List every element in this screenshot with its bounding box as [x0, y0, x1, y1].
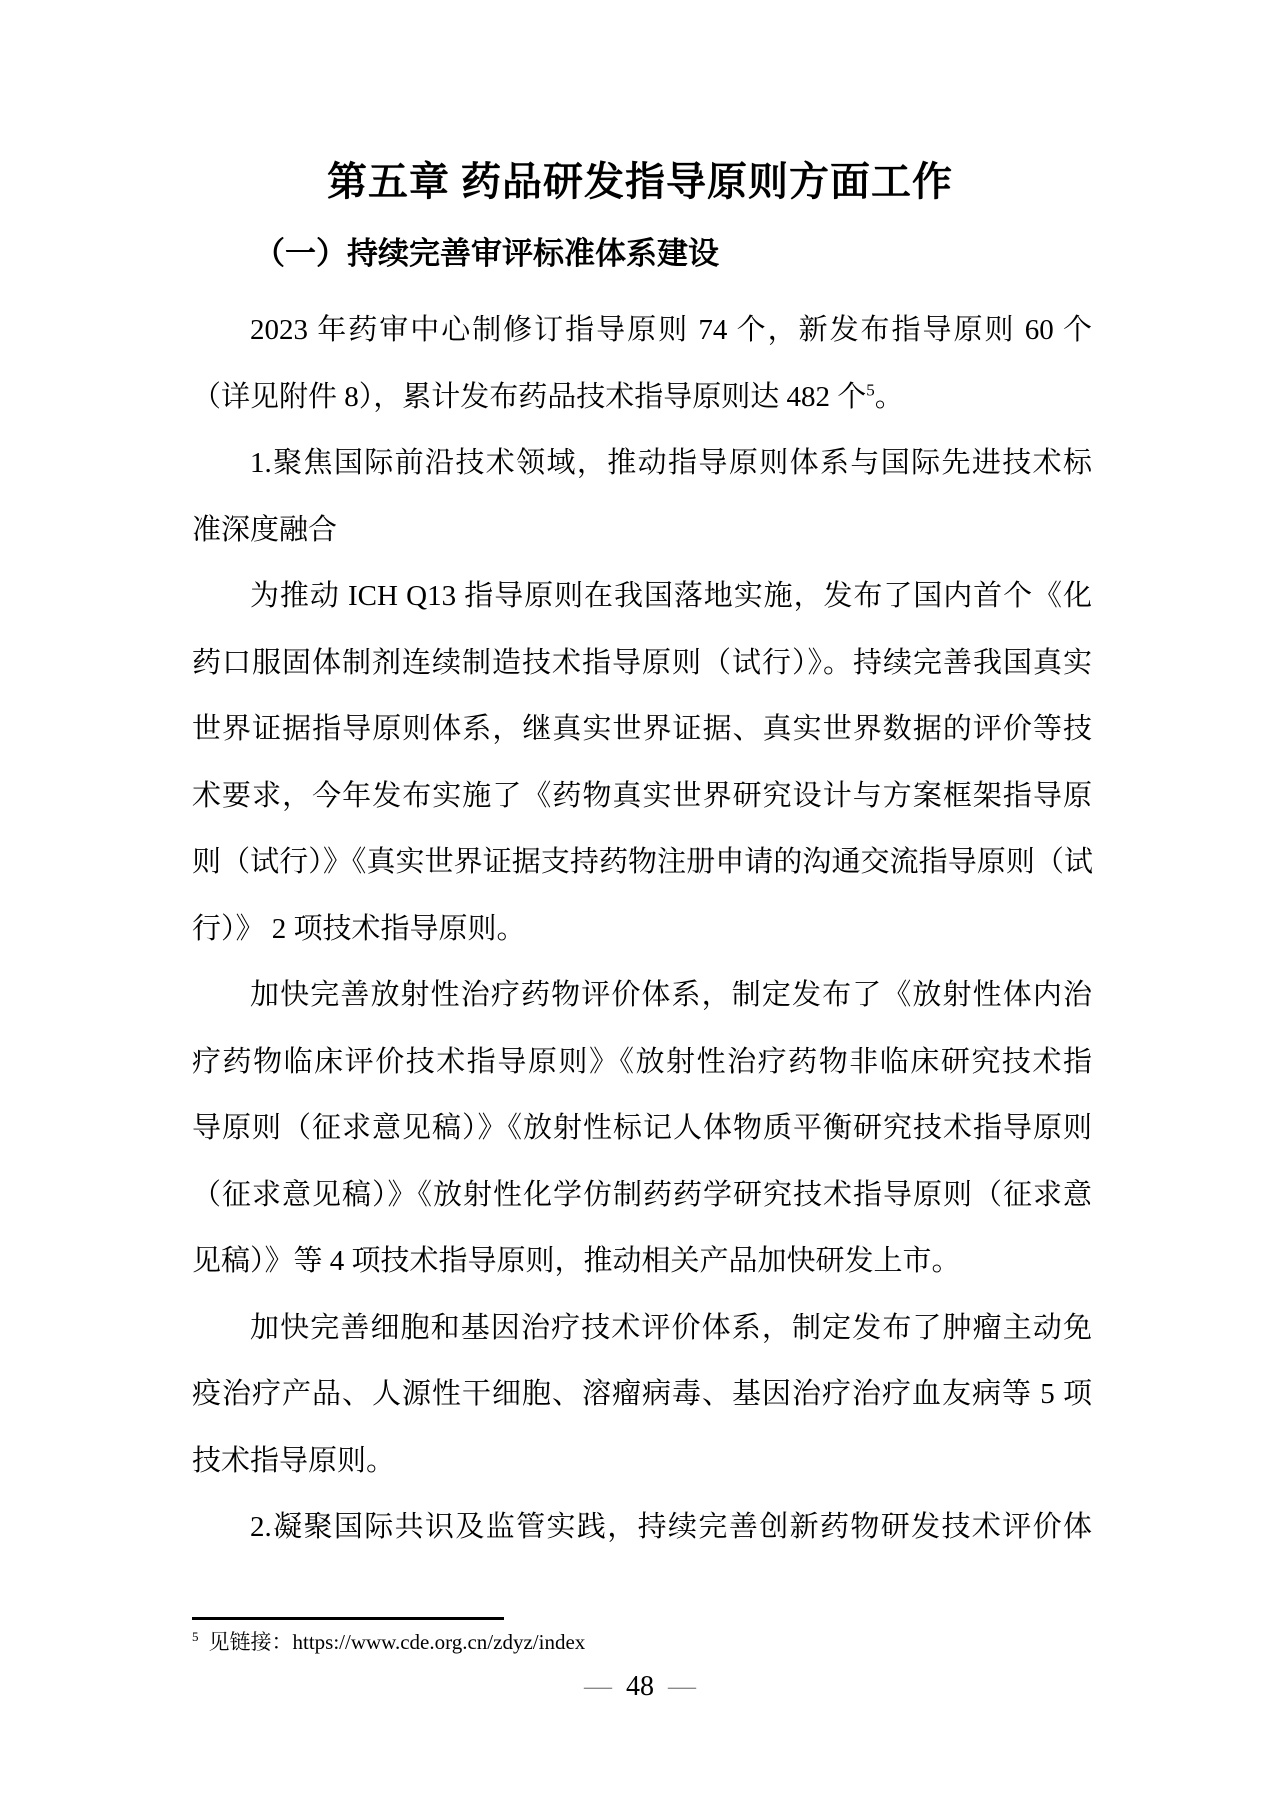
body-line: 加快完善细胞和基因治疗技术评价体系，制定发布了肿瘤主动免: [192, 1295, 1092, 1362]
body-line: 加快完善放射性治疗药物评价体系，制定发布了《放射性体内治: [192, 962, 1092, 1029]
body-line: 准深度融合: [192, 497, 1092, 564]
page-title: 第五章 药品研发指导原则方面工作: [0, 156, 1280, 208]
footnote-ref-superscript: 5: [866, 380, 875, 399]
section-heading: （一）持续完善审评标准体系建设: [192, 232, 1092, 276]
footnote-label: 见链接：: [209, 1630, 293, 1654]
body-line: 1.聚焦国际前沿技术领域，推动指导原则体系与国际先进技术标: [192, 430, 1092, 497]
body-line: 2.凝聚国际共识及监管实践，持续完善创新药物研发技术评价体: [192, 1494, 1092, 1561]
body-line: 见稿）》等 4 项技术指导原则，推动相关产品加快研发上市。: [192, 1228, 1092, 1295]
body-line: 2023 年药审中心制修订指导原则 74 个，新发布指导原则 60 个: [192, 297, 1092, 364]
body-line: 药口服固体制剂连续制造技术指导原则（试行）》。持续完善我国真实: [192, 630, 1092, 697]
body-line: 导原则（征求意见稿）》《放射性标记人体物质平衡研究技术指导原则: [192, 1095, 1092, 1162]
page-number: 48: [626, 1671, 654, 1702]
body-text: 。: [875, 381, 904, 413]
body-line: （征求意见稿）》《放射性化学仿制药药学研究技术指导原则（征求意: [192, 1162, 1092, 1229]
page-footer: —48—: [0, 1669, 1280, 1705]
body-text-block: 2023 年药审中心制修订指导原则 74 个，新发布指导原则 60 个 （详见附…: [192, 297, 1092, 1561]
footnote: 5见链接：https://www.cde.org.cn/zdyz/index: [192, 1627, 1092, 1657]
body-line: 为推动 ICH Q13 指导原则在我国落地实施，发布了国内首个《化: [192, 563, 1092, 630]
body-line: 技术指导原则。: [192, 1428, 1092, 1495]
body-line: 则（试行）》《真实世界证据支持药物注册申请的沟通交流指导原则（试: [192, 829, 1092, 896]
page-number-dash-right: —: [668, 1671, 696, 1702]
body-line: 疗药物临床评价技术指导原则》《放射性治疗药物非临床研究技术指: [192, 1029, 1092, 1096]
body-line: 行）》 2 项技术指导原则。: [192, 896, 1092, 963]
body-line: （详见附件 8），累计发布药品技术指导原则达 482 个5。: [192, 364, 1092, 431]
footnote-marker: 5: [192, 1629, 199, 1644]
body-line: 术要求，今年发布实施了《药物真实世界研究设计与方案框架指导原: [192, 763, 1092, 830]
body-text: （详见附件 8），累计发布药品技术指导原则达 482 个: [192, 381, 866, 413]
page-number-dash-left: —: [584, 1671, 612, 1702]
body-line: 世界证据指导原则体系，继真实世界证据、真实世界数据的评价等技: [192, 696, 1092, 763]
body-line: 疫治疗产品、人源性干细胞、溶瘤病毒、基因治疗治疗血友病等 5 项: [192, 1361, 1092, 1428]
footnote-separator: [192, 1617, 504, 1620]
footnote-url: https://www.cde.org.cn/zdyz/index: [293, 1630, 586, 1654]
